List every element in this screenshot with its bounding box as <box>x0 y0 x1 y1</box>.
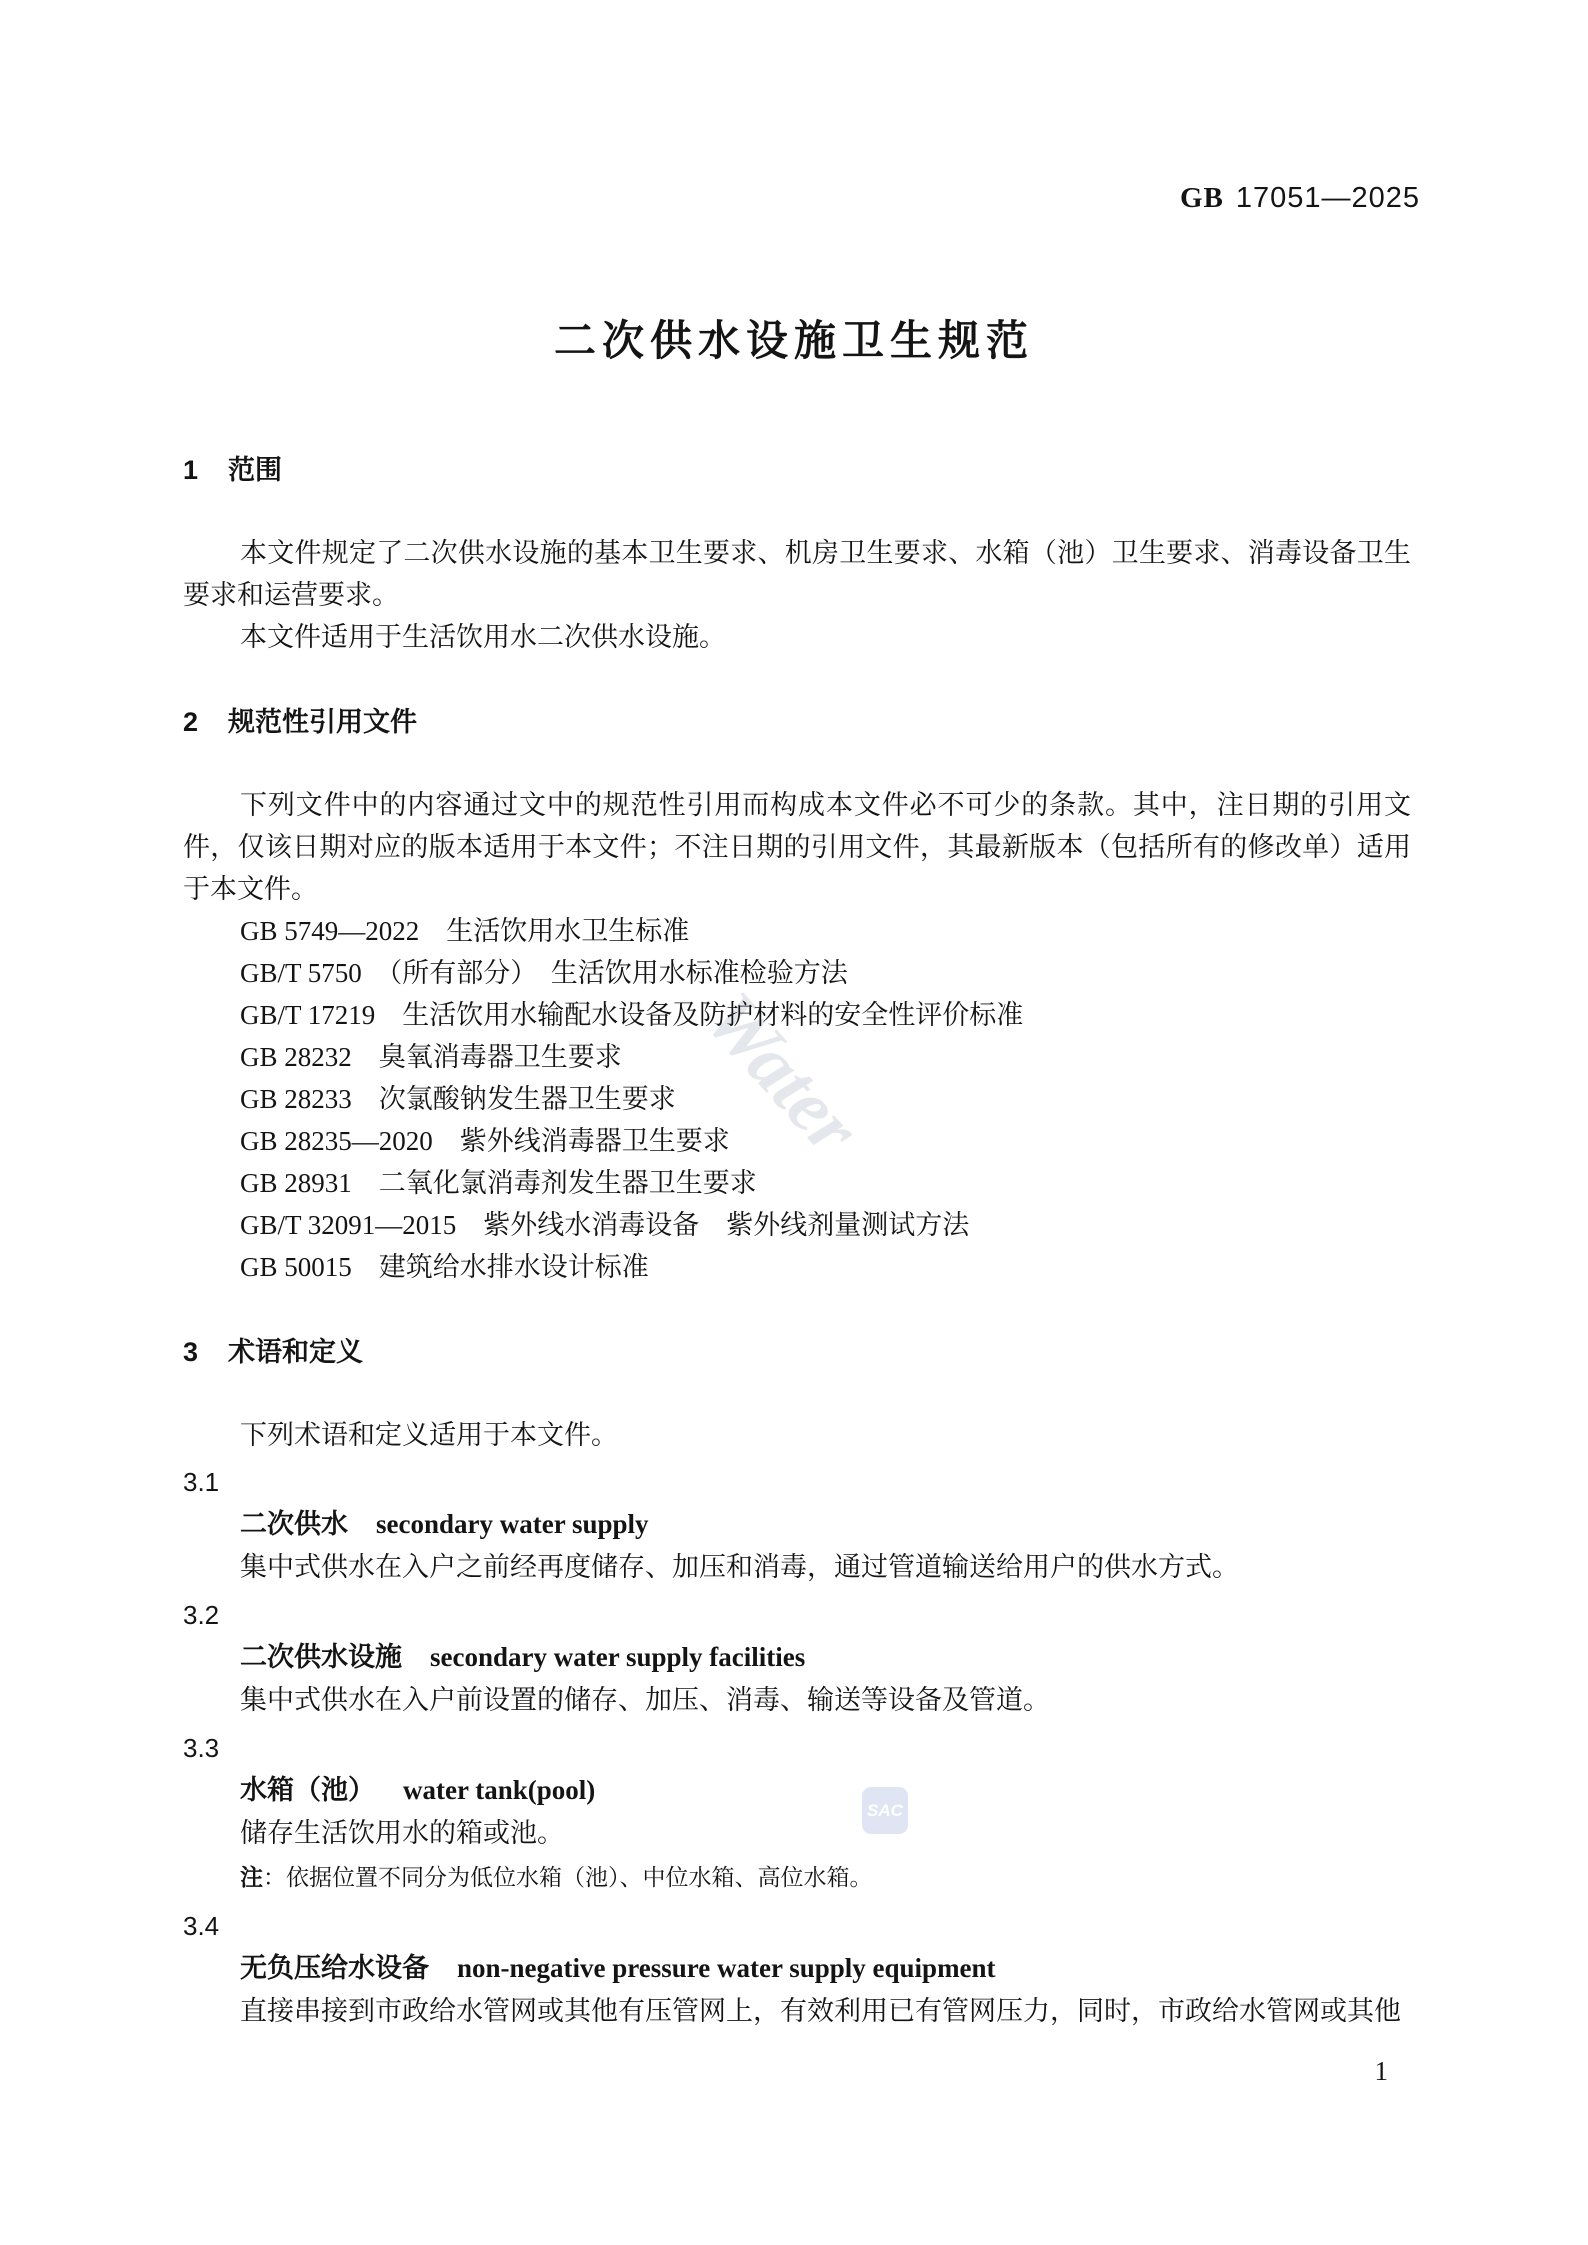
reference-item: GB 28235—2020 紫外线消毒器卫生要求 <box>183 1120 1411 1162</box>
term-block: 3.2 二次供水设施secondary water supply facilit… <box>183 1594 1411 1722</box>
section-1-number: 1 <box>183 455 198 485</box>
reference-item: GB 28931 二氧化氯消毒剂发生器卫生要求 <box>183 1162 1411 1204</box>
document-body: 1范围 本文件规定了二次供水设施的基本卫生要求、机房卫生要求、水箱（池）卫生要求… <box>183 452 1411 2033</box>
reference-item: GB 5749—2022 生活饮用水卫生标准 <box>183 910 1411 952</box>
document-page: Water SAC GB17051—2025 二次供水设施卫生规范 1范围 本文… <box>0 0 1588 2245</box>
section-2-heading: 2规范性引用文件 <box>183 704 1411 740</box>
term-number: 3.2 <box>183 1594 1411 1636</box>
section-1-heading: 1范围 <box>183 452 1411 488</box>
term-note-text: ：依据位置不同分为低位水箱（池）、中位水箱、高位水箱。 <box>263 1865 873 1890</box>
reference-item: GB 28233 次氯酸钠发生器卫生要求 <box>183 1078 1411 1120</box>
term-block: 3.1 二次供水secondary water supply 集中式供水在入户之… <box>183 1461 1411 1589</box>
term-number: 3.3 <box>183 1727 1411 1769</box>
term-block: 3.3 水箱（池）water tank(pool) 储存生活饮用水的箱或池。 注… <box>183 1727 1411 1900</box>
reference-item: GB 50015 建筑给水排水设计标准 <box>183 1246 1411 1288</box>
section-1-paragraph-2: 本文件适用于生活饮用水二次供水设施。 <box>183 616 1411 658</box>
reference-item: GB/T 17219 生活饮用水输配水设备及防护材料的安全性评价标准 <box>183 994 1411 1036</box>
term-definition: 直接串接到市政给水管网或其他有压管网上，有效利用已有管网压力，同时，市政给水管网… <box>183 1990 1411 2033</box>
term-number: 3.1 <box>183 1461 1411 1503</box>
term-title-en: secondary water supply facilities <box>430 1642 805 1672</box>
term-title-en: non-negative pressure water supply equip… <box>457 1953 996 1983</box>
section-2-intro: 下列文件中的内容通过文中的规范性引用而构成本文件必不可少的条款。其中，注日期的引… <box>183 784 1411 910</box>
term-title-en: water tank(pool) <box>403 1775 595 1805</box>
term-block: 3.4 无负压给水设备non-negative pressure water s… <box>183 1905 1411 2033</box>
standard-code: GB17051—2025 <box>1180 182 1420 215</box>
term-title-zh: 水箱（池） <box>240 1775 375 1805</box>
reference-item: GB 28232 臭氧消毒器卫生要求 <box>183 1036 1411 1078</box>
section-3-number: 3 <box>183 1337 198 1367</box>
document-title: 二次供水设施卫生规范 <box>0 308 1588 368</box>
reference-item: GB/T 5750 （所有部分） 生活饮用水标准检验方法 <box>183 952 1411 994</box>
term-title: 二次供水设施secondary water supply facilities <box>183 1636 1411 1679</box>
term-note: 注：依据位置不同分为低位水箱（池）、中位水箱、高位水箱。 <box>183 1855 1411 1900</box>
section-3-intro: 下列术语和定义适用于本文件。 <box>183 1414 1411 1456</box>
term-title: 水箱（池）water tank(pool) <box>183 1769 1411 1812</box>
term-number: 3.4 <box>183 1905 1411 1947</box>
section-2-number: 2 <box>183 707 198 737</box>
section-1-title: 范围 <box>228 455 282 485</box>
term-definition: 集中式供水在入户前设置的储存、加压、消毒、输送等设备及管道。 <box>183 1679 1411 1722</box>
term-title: 无负压给水设备non-negative pressure water suppl… <box>183 1947 1411 1990</box>
term-note-label: 注 <box>240 1864 263 1890</box>
term-title-zh: 二次供水 <box>240 1509 348 1539</box>
reference-item: GB/T 32091—2015 紫外线水消毒设备 紫外线剂量测试方法 <box>183 1204 1411 1246</box>
section-3-title: 术语和定义 <box>228 1337 363 1367</box>
term-definition: 集中式供水在入户之前经再度储存、加压和消毒，通过管道输送给用户的供水方式。 <box>183 1546 1411 1589</box>
term-definition: 储存生活饮用水的箱或池。 <box>183 1812 1411 1855</box>
section-1-paragraph-1: 本文件规定了二次供水设施的基本卫生要求、机房卫生要求、水箱（池）卫生要求、消毒设… <box>183 532 1411 616</box>
term-title: 二次供水secondary water supply <box>183 1503 1411 1546</box>
section-3-heading: 3术语和定义 <box>183 1334 1411 1370</box>
term-title-zh: 二次供水设施 <box>240 1642 402 1672</box>
section-2-title: 规范性引用文件 <box>228 707 417 737</box>
page-number: 1 <box>1375 2056 1389 2087</box>
standard-code-number: 17051—2025 <box>1236 182 1420 214</box>
standard-code-prefix: GB <box>1180 182 1224 214</box>
term-title-zh: 无负压给水设备 <box>240 1953 429 1983</box>
term-title-en: secondary water supply <box>376 1509 649 1539</box>
